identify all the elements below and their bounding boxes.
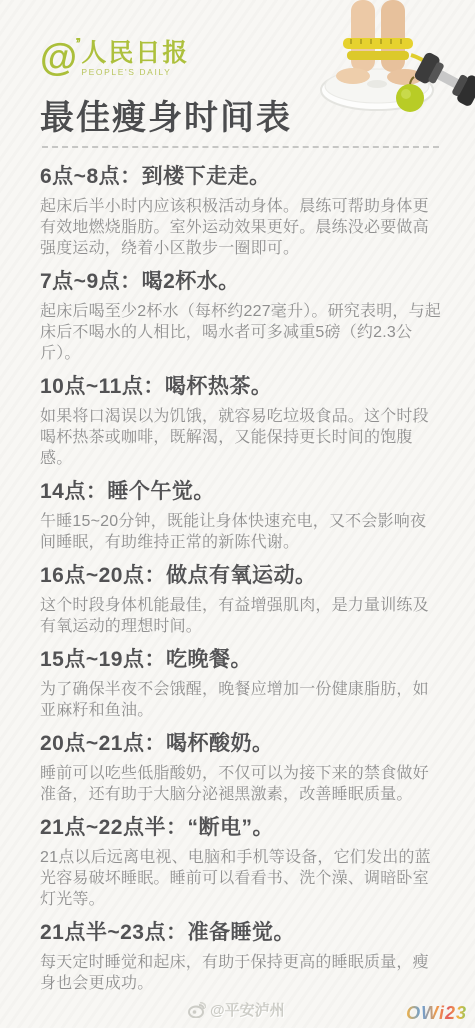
entry-body: 睡前可以吃些低脂酸奶，不仅可以为接下来的禁食做好准备，还有助于大脑分泌褪黑激素，… [40,763,441,805]
corner-watermark: OWi23 [406,1003,467,1024]
weibo-watermark-text: @平安泸州 [210,999,285,1020]
infographic-page: @ ’’ 人民日报 PEOPLE'S DAILY [0,0,475,1028]
entry-heading: 7点~9点：喝2杯水。 [40,269,441,295]
logo-subtitle: PEOPLE'S DAILY [81,67,189,77]
entry-body: 起床后喝至少2杯水（每杯约227毫升）。研究表明，与起床后不喝水的人相比，喝水者… [40,301,441,364]
entry-heading: 6点~8点：到楼下走走。 [40,164,441,190]
schedule-entry-14: 14点：睡个午觉。 午睡15~20分钟，既能让身体快速充电，又不会影响夜间睡眠，… [40,479,441,553]
entry-heading: 20点~21点：喝杯酸奶。 [40,731,441,757]
schedule-entry-16-20: 16点~20点：做点有氧运动。 这个时段身体机能最佳，有益增强肌肉，是力量训练及… [40,563,441,637]
entry-body: 21点以后远离电视、电脑和手机等设备，它们发出的蓝光容易破坏睡眠。睡前可以看看书… [40,847,441,910]
schedule-list: 6点~8点：到楼下走走。 起床后半小时内应该积极活动身体。晨练可帮助身体更有效地… [0,152,475,994]
schedule-entry-20-21: 20点~21点：喝杯酸奶。 睡前可以吃些低脂酸奶，不仅可以为接下来的禁食做好准备… [40,731,441,805]
dashed-divider [42,146,439,148]
scale-dial-icon [367,80,387,88]
schedule-entry-6-8: 6点~8点：到楼下走走。 起床后半小时内应该积极活动身体。晨练可帮助身体更有效地… [40,164,441,259]
entry-heading: 10点~11点：喝杯热茶。 [40,374,441,400]
hero-image [315,0,475,114]
schedule-entry-7-9: 7点~9点：喝2杯水。 起床后喝至少2杯水（每杯约227毫升）。研究表明，与起床… [40,269,441,364]
entry-body: 如果将口渴误以为饥饿，就容易吃垃圾食品。这个时段喝杯热茶或咖啡，既解渴，又能保持… [40,406,441,469]
schedule-entry-21-2230: 21点~22点半：“断电”。 21点以后远离电视、电脑和手机等设备，它们发出的蓝… [40,815,441,910]
logo-name: 人民日报 [81,40,189,66]
entry-heading: 21点半~23点：准备睡觉。 [40,920,441,946]
at-symbol-icon: @ [40,38,77,78]
peoples-daily-logo: @ ’’ 人民日报 PEOPLE'S DAILY [40,38,189,78]
header: @ ’’ 人民日报 PEOPLE'S DAILY [0,0,475,152]
feet-on-scale-illustration [315,0,475,114]
schedule-entry-15-19: 15点~19点：吃晚餐。 为了确保半夜不会饿醒，晚餐应增加一份健康脂肪，如亚麻籽… [40,647,441,721]
entry-heading: 15点~19点：吃晚餐。 [40,647,441,673]
logo-quote-marks-icon: ’’ [75,36,79,54]
entry-heading: 21点~22点半：“断电”。 [40,815,441,841]
schedule-entry-10-11: 10点~11点：喝杯热茶。 如果将口渴误以为饥饿，就容易吃垃圾食品。这个时段喝杯… [40,374,441,469]
logo-text: 人民日报 PEOPLE'S DAILY [81,40,189,77]
entry-heading: 14点：睡个午觉。 [40,479,441,505]
entry-body: 每天定时睡觉和起床，有助于保持更高的睡眠质量，瘦身也会更成功。 [40,952,441,994]
entry-body: 这个时段身体机能最佳，有益增强肌肉，是力量训练及有氧运动的理想时间。 [40,595,441,637]
page-title: 最佳瘦身时间表 [40,90,292,139]
entry-heading: 16点~20点：做点有氧运动。 [40,563,441,589]
entry-body: 起床后半小时内应该积极活动身体。晨练可帮助身体更有效地燃烧脂肪。室外运动效果更好… [40,196,441,259]
entry-body: 为了确保半夜不会饿醒，晚餐应增加一份健康脂肪，如亚麻籽和鱼油。 [40,679,441,721]
schedule-entry-2130-23: 21点半~23点：准备睡觉。 每天定时睡觉和起床，有助于保持更高的睡眠质量，瘦身… [40,920,441,994]
weibo-watermark: @平安泸州 [188,999,285,1020]
entry-body: 午睡15~20分钟，既能让身体快速充电，又不会影响夜间睡眠，有助维持正常的新陈代… [40,511,441,553]
weibo-icon [188,1002,206,1018]
